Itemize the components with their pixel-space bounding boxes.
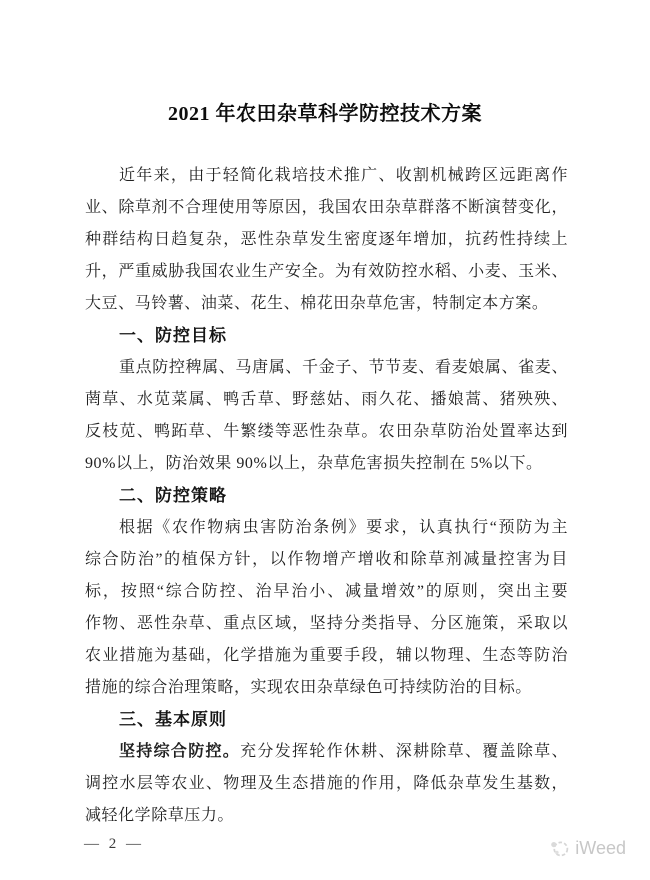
text-line: 升，严重威胁我国农业生产安全。为有效防控水稻、小麦、玉米、 — [85, 256, 568, 288]
text-line: 调控水层等农业、物理及生态措施的作用，降低杂草发生基数， — [85, 768, 568, 800]
text-line: 反枝苋、鸭跖草、牛繁缕等恶性杂草。农田杂草防治处置率达到 — [85, 416, 568, 448]
iweed-logo-icon — [549, 838, 570, 859]
document-body: 近年来，由于轻简化栽培技术推广、收割机械跨区远距离作 业、除草剂不合理使用等原因… — [85, 160, 568, 832]
bold-lead-text: 坚持综合防控。 — [119, 743, 240, 760]
page-number: — 2 — — [84, 836, 144, 853]
text-line: 业、除草剂不合理使用等原因，我国农田杂草群落不断演替变化， — [85, 192, 568, 224]
text-line: 标，按照“综合防控、治早治小、减量增效”的原则，突出主要 — [85, 576, 568, 608]
section-heading-control-targets: 一、防控目标 — [85, 320, 568, 352]
text-line: 作物、恶性杂草、重点区域，坚持分类指导、分区施策，采取以 — [85, 608, 568, 640]
text-line: 根据《农作物病虫害防治条例》要求，认真执行“预防为主 — [85, 512, 568, 544]
document-page: 2021 年农田杂草科学防控技术方案 近年来，由于轻简化栽培技术推广、收割机械跨… — [0, 0, 650, 880]
text-line: 措施的综合治理策略，实现农田杂草绿色可持续防治的目标。 — [85, 672, 568, 704]
text-line: 农业措施为基础，化学措施为重要手段，辅以物理、生态等防治 — [85, 640, 568, 672]
text-line: 90%以上，防治效果 90%以上，杂草危害损失控制在 5%以下。 — [85, 448, 568, 480]
document-title: 2021 年农田杂草科学防控技术方案 — [60, 100, 590, 128]
text-line: 菵草、水苋菜属、鸭舌草、野慈姑、雨久花、播娘蒿、猪殃殃、 — [85, 384, 568, 416]
watermark-label: iWeed — [575, 836, 626, 860]
text-line: 大豆、马铃薯、油菜、花生、棉花田杂草危害，特制定本方案。 — [85, 288, 568, 320]
text-span: 充分发挥轮作休耕、深耕除草、覆盖除草、 — [240, 743, 568, 760]
section-heading-control-strategy: 二、防控策略 — [85, 480, 568, 512]
text-line: 减轻化学除草压力。 — [85, 800, 568, 832]
text-line: 坚持综合防控。充分发挥轮作休耕、深耕除草、覆盖除草、 — [85, 736, 568, 768]
section-heading-basic-principles: 三、基本原则 — [85, 704, 568, 736]
text-line: 近年来，由于轻简化栽培技术推广、收割机械跨区远距离作 — [85, 160, 568, 192]
text-line: 重点防控稗属、马唐属、千金子、节节麦、看麦娘属、雀麦、 — [85, 352, 568, 384]
watermark: iWeed — [549, 836, 626, 860]
text-line: 种群结构日趋复杂，恶性杂草发生密度逐年增加，抗药性持续上 — [85, 224, 568, 256]
text-line: 综合防治”的植保方针，以作物增产增收和除草剂减量控害为目 — [85, 544, 568, 576]
